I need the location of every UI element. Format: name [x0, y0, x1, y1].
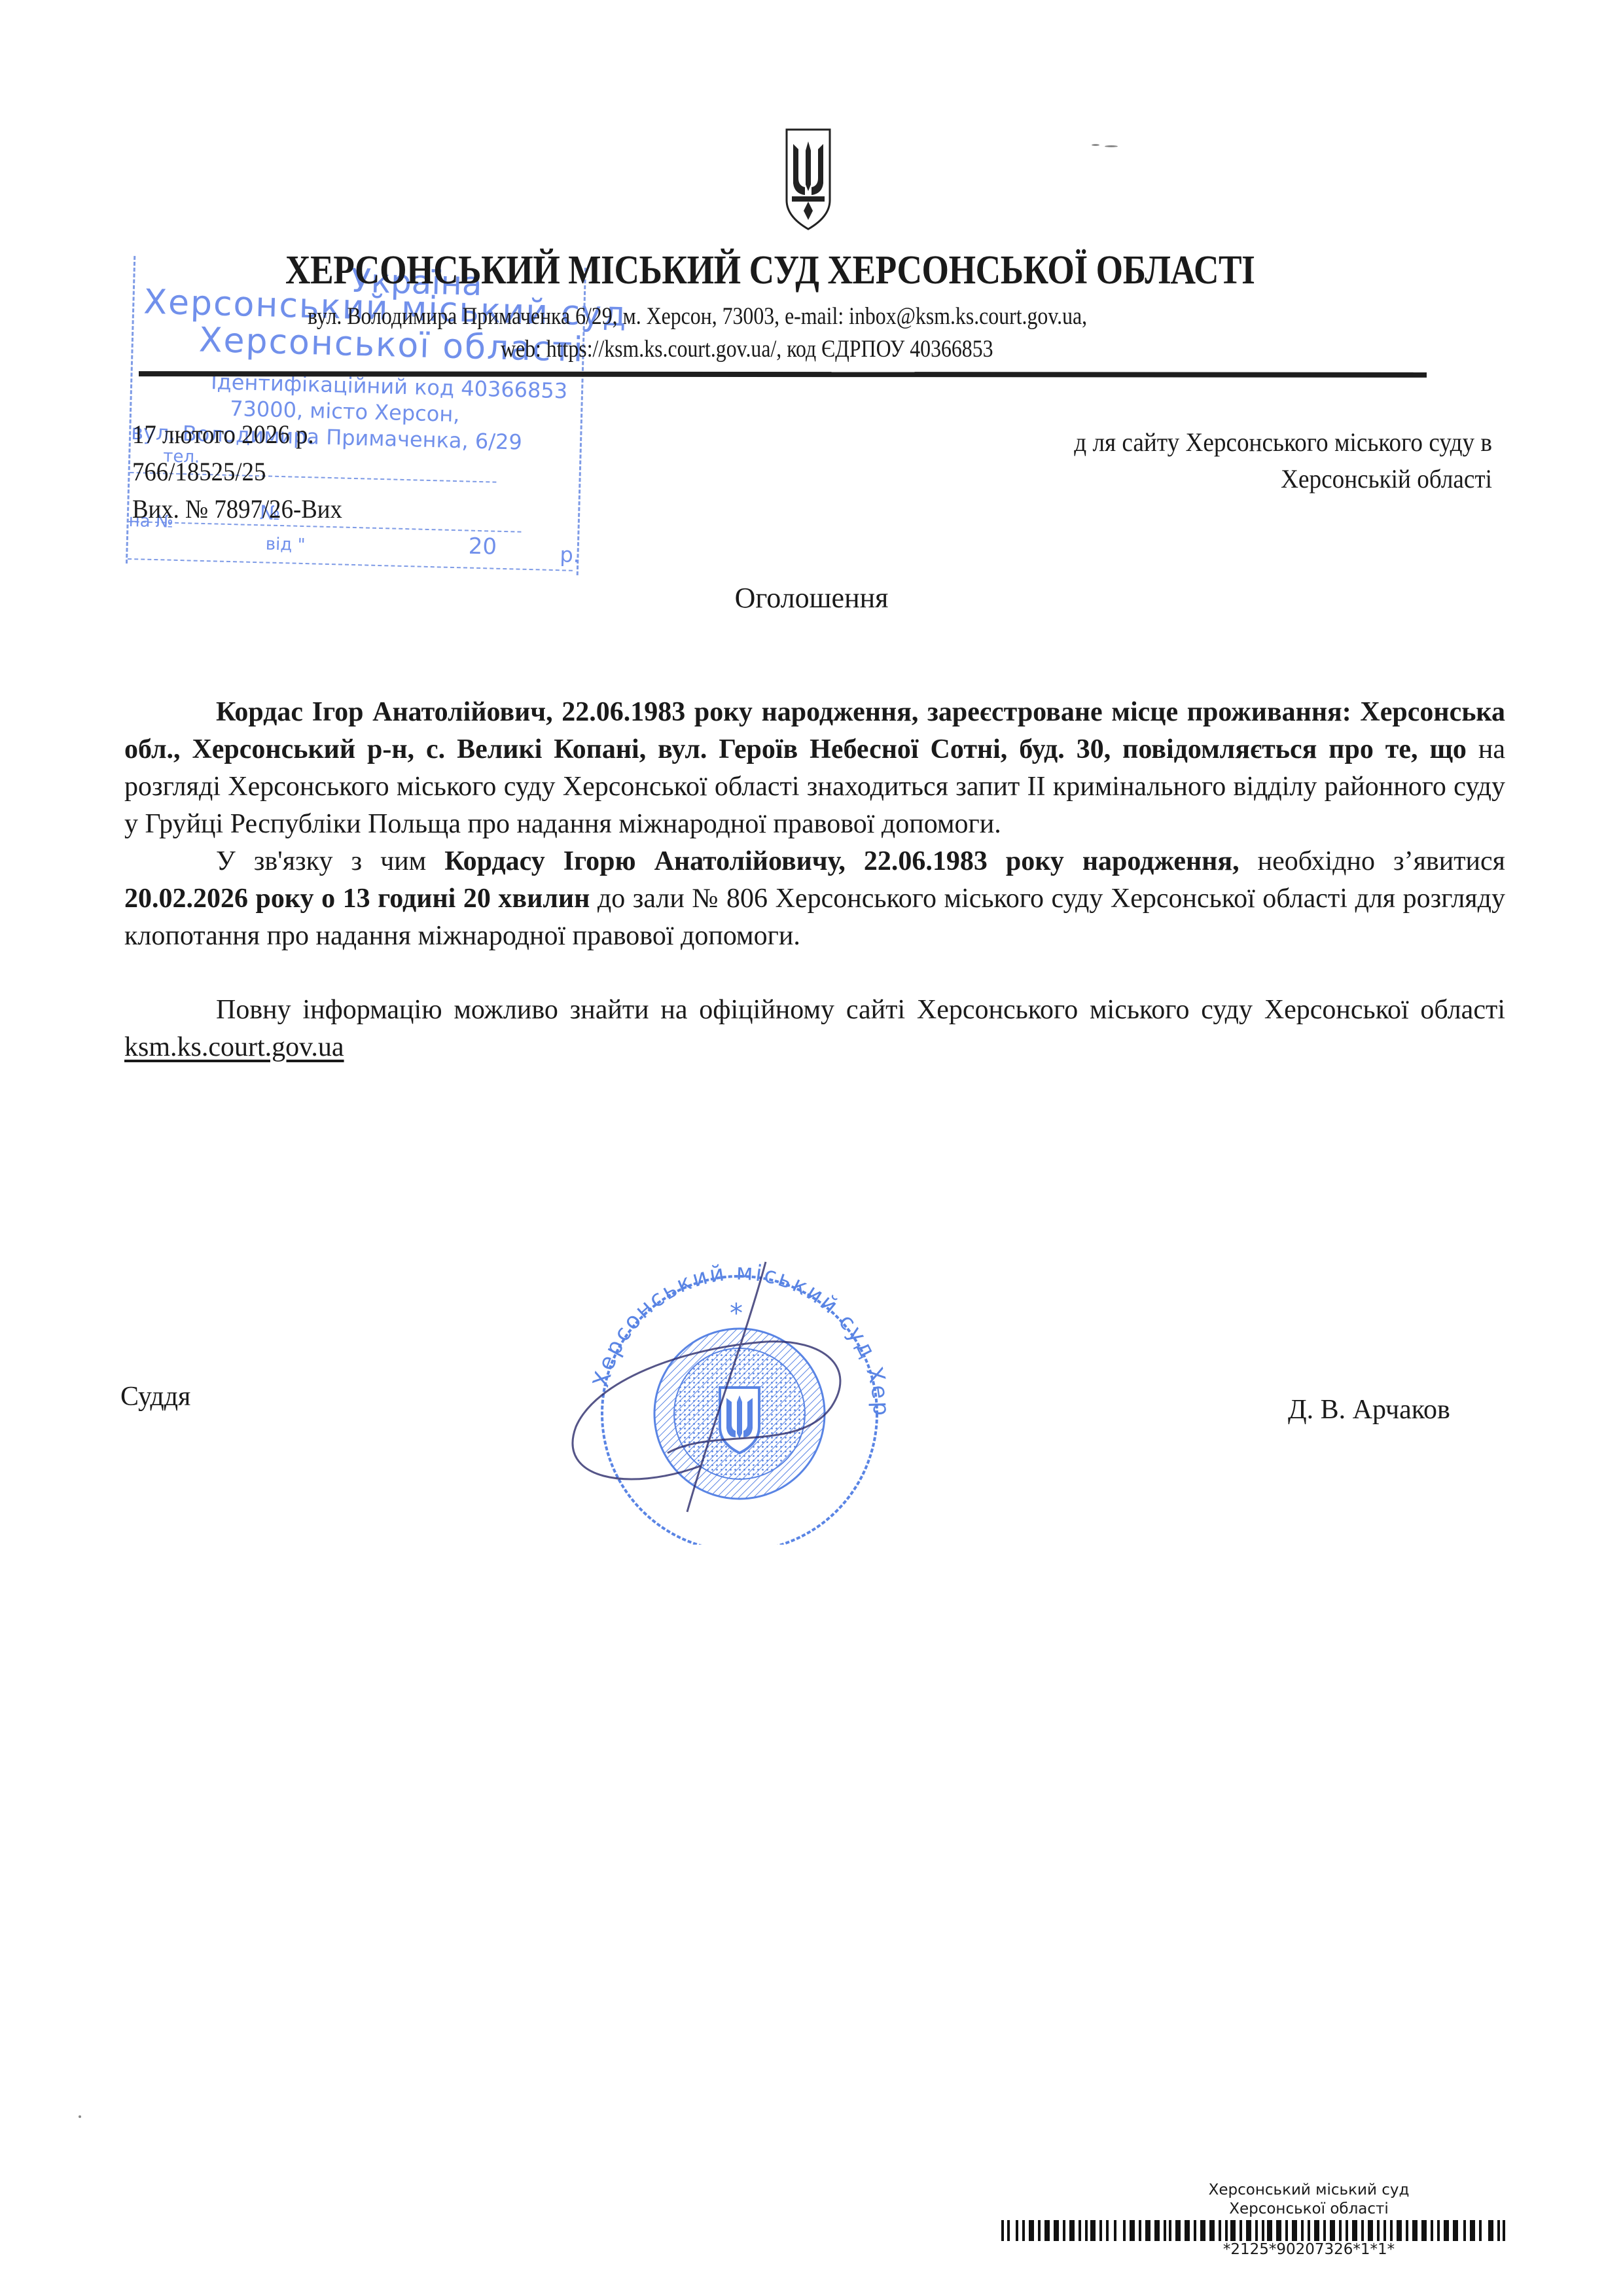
addressee-line: Херсонській області	[944, 461, 1492, 497]
announcement-body: Кордас Ігор Анатолійович, 22.06.1983 рок…	[124, 694, 1505, 1066]
barcode-caption: Херсонський міський суд	[1139, 2181, 1479, 2198]
scan-artifact	[1105, 145, 1118, 147]
court-name: ХЕРСОНСЬКИЙ МІСЬКИЙ СУД ХЕРСОНСЬКОЇ ОБЛА…	[285, 247, 1214, 294]
case-number: 766/18525/25	[132, 456, 266, 487]
barcode-caption: Херсонської області	[1139, 2200, 1479, 2217]
court-website-link[interactable]: ksm.ks.court.gov.ua	[124, 1032, 344, 1062]
barcode	[1001, 2220, 1505, 2241]
scan-artifact	[79, 2115, 81, 2118]
outgoing-number: Вих. № 7897/26-Вих	[132, 493, 342, 524]
document-title: Оголошення	[0, 581, 1623, 615]
stamp-line: від "	[265, 534, 306, 555]
addressee-line: д ля сайту Херсонського міського суду в	[944, 424, 1492, 461]
person-name: Кордасу Ігорю Анатолійовичу, 22.06.1983 …	[444, 846, 1239, 876]
addressee-details: Кордас Ігор Анатолійович, 22.06.1983 рок…	[124, 697, 1505, 764]
hearing-datetime: 20.02.2026 року о 13 годині 20 хвилин	[124, 884, 590, 914]
text: Повну інформацію можливо знайти на офіці…	[216, 995, 1505, 1025]
judge-label: Суддя	[120, 1381, 190, 1412]
court-address: вул. Володимира Примаченка 6/29, м. Херс…	[308, 302, 1208, 331]
text: необхідно з’явитися	[1240, 846, 1505, 876]
svg-text:*: *	[730, 1299, 743, 1329]
barcode-number: *2125*90207326*1*1*	[1139, 2241, 1479, 2258]
trident-icon	[785, 128, 831, 230]
stamp-line: 20	[468, 533, 497, 560]
court-web: web: https://ksm.ks.court.gov.ua/, код Є…	[501, 335, 1176, 363]
paragraph-summons-notice: Кордас Ігор Анатолійович, 22.06.1983 рок…	[124, 694, 1505, 843]
court-seal: Херсонський міський суд Херсонської обла…	[550, 1257, 929, 1545]
stamp-line: р.	[560, 542, 580, 567]
text: У зв'язку з чим	[216, 846, 444, 876]
paragraph-appearance: У зв'язку з чим Кордасу Ігорю Анатолійов…	[124, 843, 1505, 955]
scan-artifact	[1092, 144, 1099, 146]
stamp-divider	[128, 558, 573, 571]
addressee: д ля сайту Херсонського міського суду в …	[944, 424, 1492, 497]
paragraph-more-info: Повну інформацію можливо знайти на офіці…	[124, 992, 1505, 1066]
header-divider	[139, 371, 1427, 378]
document-date: 17 лютого 2026 р.	[132, 419, 314, 450]
judge-name: Д. В. Арчаков	[1288, 1394, 1450, 1426]
